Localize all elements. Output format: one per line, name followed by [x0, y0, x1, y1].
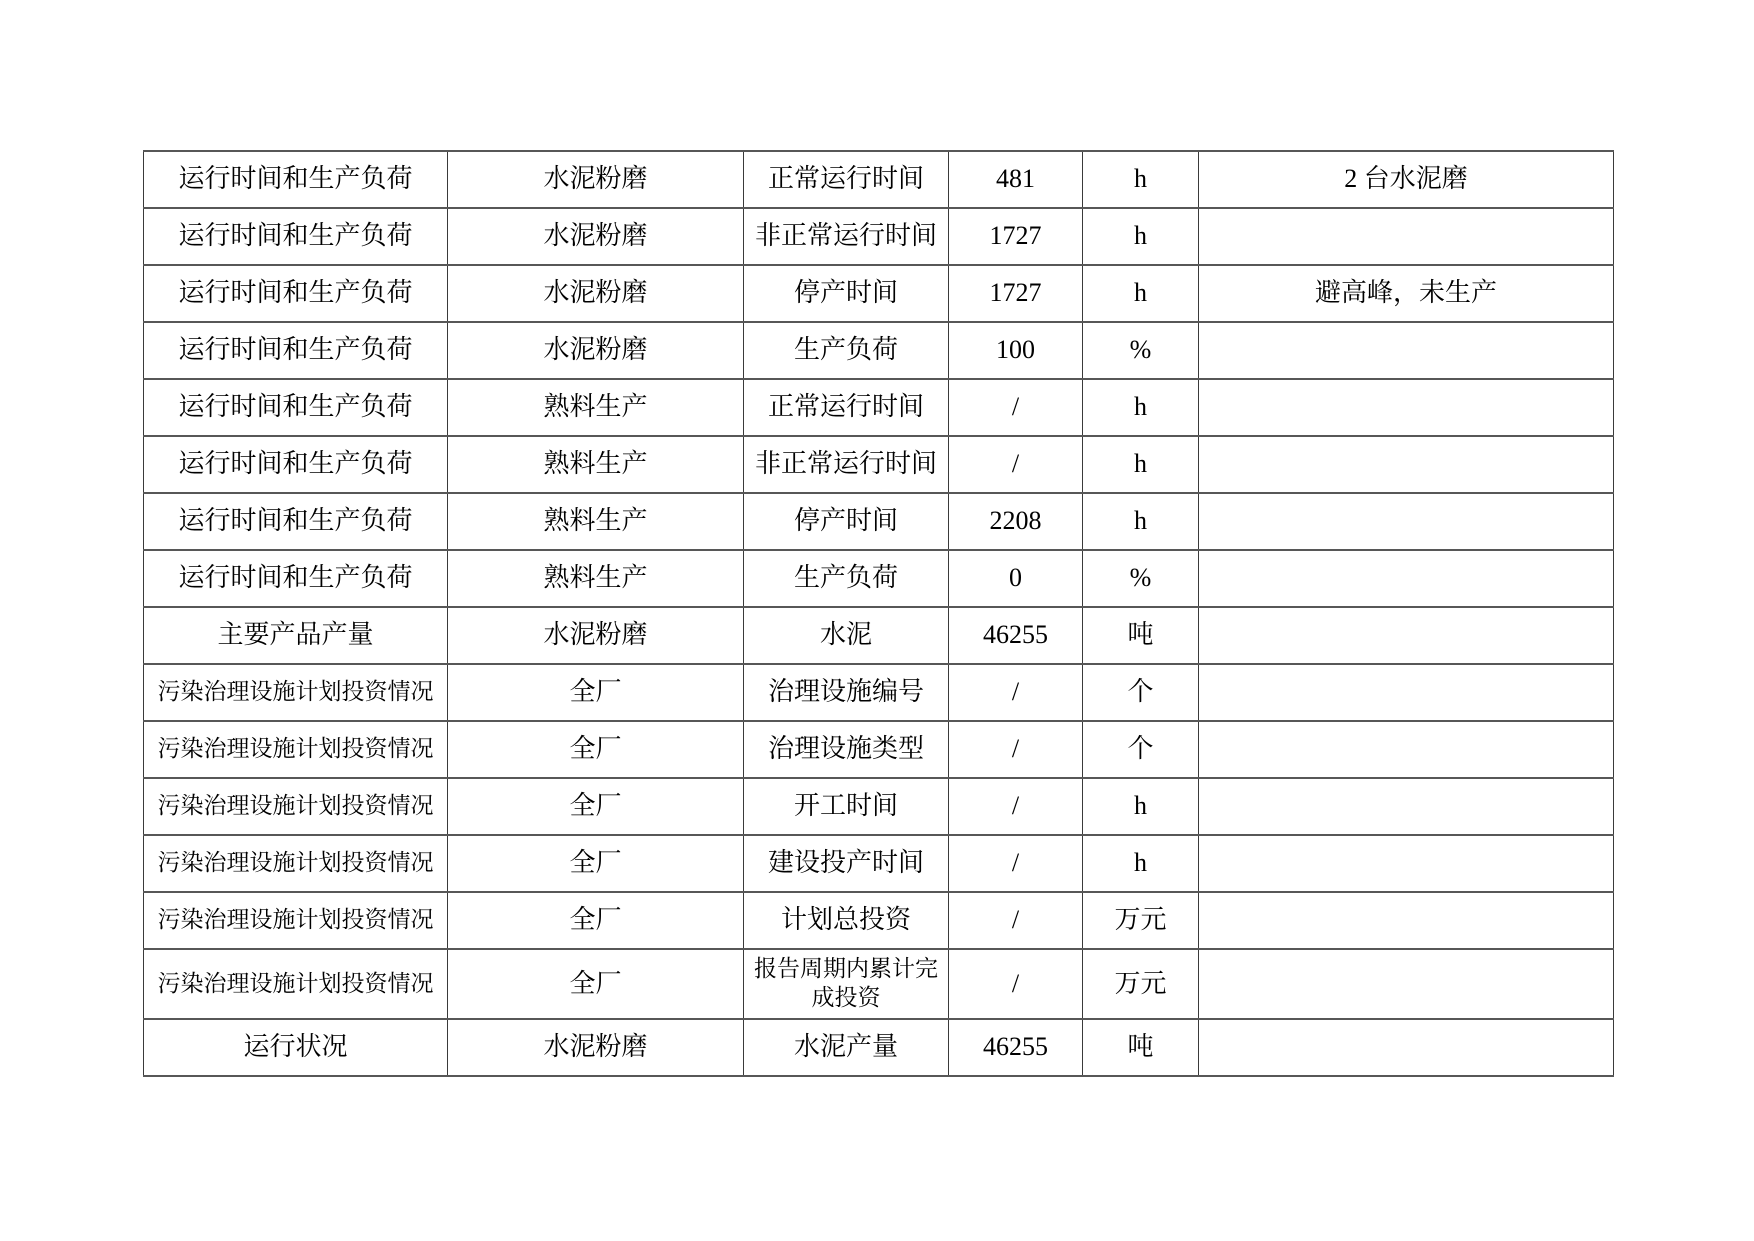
cell-remark: [1199, 835, 1614, 892]
cell-indicator-category: 污染治理设施计划投资情况: [144, 892, 448, 949]
cell-unit: h: [1083, 265, 1199, 322]
cell-indicator-item: 计划总投资: [744, 892, 949, 949]
cell-remark: [1199, 322, 1614, 379]
cell-indicator-item: 非正常运行时间: [744, 436, 949, 493]
table-row: 运行时间和生产负荷 水泥粉磨 非正常运行时间 1727 h: [144, 208, 1614, 265]
cell-value: 1727: [949, 208, 1083, 265]
cell-unit: h: [1083, 493, 1199, 550]
cell-unit: 吨: [1083, 607, 1199, 664]
cell-indicator-item: 水泥: [744, 607, 949, 664]
cell-value: /: [949, 835, 1083, 892]
cell-value: 0: [949, 550, 1083, 607]
cell-value: 1727: [949, 265, 1083, 322]
cell-indicator-category: 主要产品产量: [144, 607, 448, 664]
cell-remark: 避高峰，未生产: [1199, 265, 1614, 322]
cell-indicator-item: 治理设施编号: [744, 664, 949, 721]
cell-indicator-item: 停产时间: [744, 493, 949, 550]
cell-indicator-item: 建设投产时间: [744, 835, 949, 892]
document-page: 运行时间和生产负荷 水泥粉磨 正常运行时间 481 h 2 台水泥磨 运行时间和…: [0, 0, 1754, 1241]
table-row: 运行时间和生产负荷 熟料生产 正常运行时间 / h: [144, 379, 1614, 436]
cell-remark: [1199, 607, 1614, 664]
cell-remark: [1199, 493, 1614, 550]
cell-indicator-item: 生产负荷: [744, 550, 949, 607]
cell-indicator-category: 运行时间和生产负荷: [144, 550, 448, 607]
cell-indicator-item: 正常运行时间: [744, 379, 949, 436]
cell-indicator-item: 停产时间: [744, 265, 949, 322]
cell-facility-unit: 熟料生产: [448, 379, 744, 436]
cell-value: /: [949, 778, 1083, 835]
cell-remark: [1199, 379, 1614, 436]
cell-indicator-category: 运行时间和生产负荷: [144, 151, 448, 208]
table-row: 污染治理设施计划投资情况 全厂 报告周期内累计完 成投资 / 万元: [144, 949, 1614, 1019]
cell-indicator-item: 开工时间: [744, 778, 949, 835]
cell-value: 2208: [949, 493, 1083, 550]
cell-unit: 万元: [1083, 949, 1199, 1019]
cell-facility-unit: 全厂: [448, 721, 744, 778]
cell-indicator-category: 运行时间和生产负荷: [144, 208, 448, 265]
table-row: 运行时间和生产负荷 水泥粉磨 正常运行时间 481 h 2 台水泥磨: [144, 151, 1614, 208]
cell-value: /: [949, 379, 1083, 436]
cell-facility-unit: 全厂: [448, 949, 744, 1019]
cell-unit: 个: [1083, 664, 1199, 721]
cell-unit: h: [1083, 778, 1199, 835]
cell-indicator-category: 污染治理设施计划投资情况: [144, 664, 448, 721]
cell-indicator-category: 污染治理设施计划投资情况: [144, 778, 448, 835]
report-table: 运行时间和生产负荷 水泥粉磨 正常运行时间 481 h 2 台水泥磨 运行时间和…: [143, 150, 1614, 1077]
cell-remark: [1199, 208, 1614, 265]
cell-facility-unit: 全厂: [448, 664, 744, 721]
cell-indicator-category: 运行时间和生产负荷: [144, 493, 448, 550]
table-row: 污染治理设施计划投资情况 全厂 治理设施类型 / 个: [144, 721, 1614, 778]
table-row: 运行状况 水泥粉磨 水泥产量 46255 吨: [144, 1019, 1614, 1076]
table-row: 运行时间和生产负荷 熟料生产 停产时间 2208 h: [144, 493, 1614, 550]
cell-indicator-item: 生产负荷: [744, 322, 949, 379]
cell-facility-unit: 全厂: [448, 778, 744, 835]
cell-facility-unit: 熟料生产: [448, 493, 744, 550]
table-row: 主要产品产量 水泥粉磨 水泥 46255 吨: [144, 607, 1614, 664]
cell-value: 46255: [949, 1019, 1083, 1076]
cell-facility-unit: 水泥粉磨: [448, 151, 744, 208]
cell-remark: [1199, 778, 1614, 835]
table-row: 运行时间和生产负荷 熟料生产 生产负荷 0 %: [144, 550, 1614, 607]
table-row: 污染治理设施计划投资情况 全厂 计划总投资 / 万元: [144, 892, 1614, 949]
cell-indicator-item: 正常运行时间: [744, 151, 949, 208]
cell-value: /: [949, 892, 1083, 949]
cell-remark: [1199, 436, 1614, 493]
table-row: 污染治理设施计划投资情况 全厂 治理设施编号 / 个: [144, 664, 1614, 721]
cell-remark: [1199, 949, 1614, 1019]
table-row: 污染治理设施计划投资情况 全厂 建设投产时间 / h: [144, 835, 1614, 892]
cell-value: 100: [949, 322, 1083, 379]
cell-indicator-category: 污染治理设施计划投资情况: [144, 721, 448, 778]
cell-unit: %: [1083, 322, 1199, 379]
cell-facility-unit: 全厂: [448, 892, 744, 949]
cell-value: 481: [949, 151, 1083, 208]
table-row: 运行时间和生产负荷 水泥粉磨 生产负荷 100 %: [144, 322, 1614, 379]
cell-unit: 个: [1083, 721, 1199, 778]
cell-unit: h: [1083, 151, 1199, 208]
cell-remark: 2 台水泥磨: [1199, 151, 1614, 208]
cell-indicator-category: 运行状况: [144, 1019, 448, 1076]
cell-facility-unit: 熟料生产: [448, 436, 744, 493]
cell-remark: [1199, 892, 1614, 949]
cell-value: /: [949, 949, 1083, 1019]
cell-value: /: [949, 436, 1083, 493]
cell-indicator-category: 运行时间和生产负荷: [144, 436, 448, 493]
cell-facility-unit: 水泥粉磨: [448, 265, 744, 322]
cell-unit: h: [1083, 835, 1199, 892]
cell-facility-unit: 水泥粉磨: [448, 1019, 744, 1076]
cell-facility-unit: 全厂: [448, 835, 744, 892]
cell-unit: 吨: [1083, 1019, 1199, 1076]
table-row: 运行时间和生产负荷 熟料生产 非正常运行时间 / h: [144, 436, 1614, 493]
cell-remark: [1199, 721, 1614, 778]
table-row: 污染治理设施计划投资情况 全厂 开工时间 / h: [144, 778, 1614, 835]
cell-indicator-category: 运行时间和生产负荷: [144, 322, 448, 379]
cell-indicator-category: 运行时间和生产负荷: [144, 265, 448, 322]
cell-indicator-category: 污染治理设施计划投资情况: [144, 949, 448, 1019]
cell-indicator-item: 非正常运行时间: [744, 208, 949, 265]
cell-unit: h: [1083, 379, 1199, 436]
cell-unit: h: [1083, 436, 1199, 493]
cell-remark: [1199, 664, 1614, 721]
cell-unit: 万元: [1083, 892, 1199, 949]
cell-value: /: [949, 721, 1083, 778]
cell-indicator-item: 水泥产量: [744, 1019, 949, 1076]
table-row: 运行时间和生产负荷 水泥粉磨 停产时间 1727 h 避高峰，未生产: [144, 265, 1614, 322]
cell-value: 46255: [949, 607, 1083, 664]
cell-indicator-item: 治理设施类型: [744, 721, 949, 778]
cell-facility-unit: 水泥粉磨: [448, 607, 744, 664]
cell-facility-unit: 水泥粉磨: [448, 208, 744, 265]
cell-unit: h: [1083, 208, 1199, 265]
cell-value: /: [949, 664, 1083, 721]
report-table-body: 运行时间和生产负荷 水泥粉磨 正常运行时间 481 h 2 台水泥磨 运行时间和…: [144, 151, 1614, 1076]
cell-unit: %: [1083, 550, 1199, 607]
cell-indicator-category: 运行时间和生产负荷: [144, 379, 448, 436]
cell-remark: [1199, 550, 1614, 607]
cell-indicator-item: 报告周期内累计完 成投资: [744, 949, 949, 1019]
cell-facility-unit: 水泥粉磨: [448, 322, 744, 379]
cell-indicator-category: 污染治理设施计划投资情况: [144, 835, 448, 892]
cell-remark: [1199, 1019, 1614, 1076]
cell-facility-unit: 熟料生产: [448, 550, 744, 607]
